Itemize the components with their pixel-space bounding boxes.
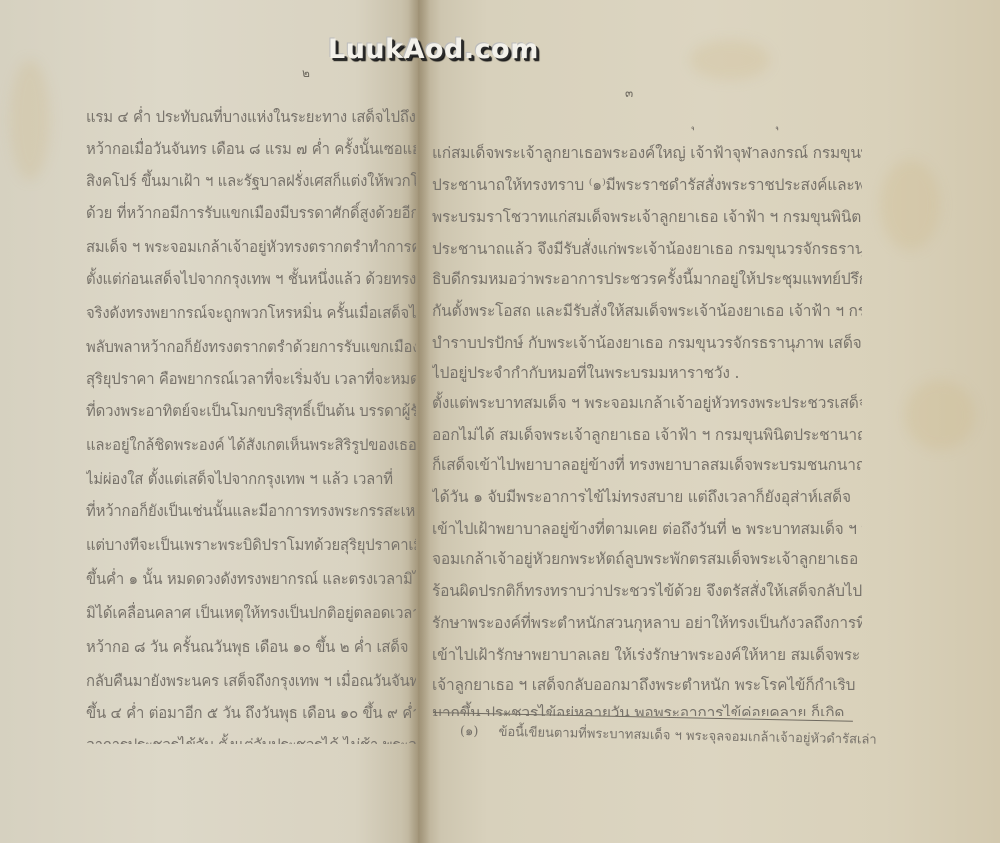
paper-stain: [905, 380, 975, 450]
paper-stain: [880, 160, 940, 250]
text-line: ประชานาถแล้ว จึงมีรับสั่งแก่พระเจ้าน้องย…: [432, 236, 862, 261]
text-line: กลับคืนมายังพระนคร เสด็จถึงกรุงเทพ ฯ เมื…: [86, 668, 416, 693]
text-line: หว้ากอ ๘ วัน ครั้นณวันพุธ เดือน ๑๐ ขึ้น …: [86, 634, 408, 659]
text-line: ตั้งแต่ก่อนเสด็จไปจากกรุงเทพ ฯ ชั้นหนึ่ง…: [86, 266, 416, 291]
text-line: ด้วย ที่หว้ากอมีการรับแขกเมืองมีบรรดาศัก…: [86, 200, 416, 225]
footnote-marker: (๑): [460, 724, 479, 739]
paper-stain: [10, 60, 50, 180]
watermark-logo: LuukAod.com: [328, 34, 539, 65]
text-line: แรม ๔ ค่ำ ประทับณที่บางแห่งในระยะทาง เสด…: [86, 104, 416, 129]
paper-stain: [690, 40, 770, 80]
text-line: ได้วัน ๑ จับมีพระอาการไข้ไม่ทรงสบาย แต่ถ…: [432, 484, 851, 509]
text-line: ประชานาถให้ทรงทราบ ⁽๑⁾มีพระราชดำรัสสั่งพ…: [432, 172, 862, 197]
text-line: อาการประชวรไข้จับ ตั้งแต่จับประชวรได้ ไม…: [86, 732, 416, 744]
text-line: จริงดังทรงพยากรณ์จะถูกพวกโหรหมิ่น ครั้นเ…: [86, 300, 416, 325]
text-line: พระบรมราโชวาทแก่สมเด็จพระเจ้าลูกยาเธอ เจ…: [432, 204, 861, 229]
text-line: พระอาการว่าประชวรครั้งนั้นเห็นจะเป็นที่ส…: [432, 126, 862, 133]
text-line: บำราบปรปักษ์ กับพระเจ้าน้องยาเธอ กรมขุนว…: [432, 330, 862, 355]
left-page-text: แรม ๔ ค่ำ ประทับณที่บางแห่งในระยะทาง เสด…: [86, 104, 416, 744]
text-line: จอมเกล้าเจ้าอยู่หัวยกพระหัตถ์ลูบพระพักตร…: [432, 546, 862, 571]
text-line: ที่หว้ากอก็ยังเป็นเช่นนั้นและมีอาการทรงพ…: [86, 498, 416, 523]
text-line: ที่ดวงพระอาทิตย์จะเป็นโมกขบริสุทธิ์เป็นต…: [86, 398, 416, 423]
text-line: ขึ้นค่ำ ๑ นั้น หมดดวงดังทรงพยากรณ์ และตร…: [86, 566, 416, 591]
text-line: และอยู่ใกล้ชิดพระองค์ ได้สังเกตเห็นพระสิ…: [86, 432, 416, 457]
text-line: เข้าไปเฝ้ารักษาพยาบาลเลย ให้เร่งรักษาพระ…: [432, 642, 860, 667]
text-line: ไม่ผ่องใส ตั้งแต่เสด็จไปจากกรุงเทพ ฯ แล้…: [86, 466, 393, 491]
text-line: รักษาพระองค์ที่พระตำหนักสวนกุหลาบ อย่าให…: [432, 610, 862, 635]
text-line: ออกไม่ได้ สมเด็จพระเจ้าลูกยาเธอ เจ้าฟ้า …: [432, 422, 862, 447]
text-line: ธิบดีกรมหมอว่าพระอาการประชวรครั้งนี้มากอ…: [432, 266, 862, 291]
text-line: ไปอยู่ประจำกำกับหมอที่ในพระบรมมหาราชวัง …: [432, 360, 739, 385]
open-book-spread: ๒ ๓ แรม ๔ ค่ำ ประทับณที่บางแห่งในระยะทาง…: [0, 0, 1000, 843]
text-line: ร้อนผิดปรกติก็ทรงทราบว่าประชวรไข้ด้วย จึ…: [432, 578, 862, 603]
text-line: เข้าไปเฝ้าพยาบาลอยู่ข้างที่ตามเคย ต่อถึง…: [432, 516, 862, 541]
left-page-number: ๒: [302, 64, 310, 83]
text-line: แก่สมเด็จพระเจ้าลูกยาเธอพระองค์ใหญ่ เจ้า…: [432, 140, 862, 165]
text-line: ขึ้น ๔ ค่ำ ต่อมาอีก ๕ วัน ถึงวันพุธ เดือ…: [86, 700, 416, 725]
right-page-text: พระอาการว่าประชวรครั้งนั้นเห็นจะเป็นที่ส…: [432, 126, 862, 716]
text-line: สุริยุปราคา คือพยากรณ์เวลาที่จะเริ่มจับ …: [86, 366, 416, 391]
text-line: หว้ากอเมื่อวันจันทร เดือน ๘ แรม ๗ ค่ำ คร…: [86, 136, 416, 161]
text-line: กันตั้งพระโอสถ และมีรับสั่งให้สมเด็จพระเ…: [432, 298, 862, 323]
text-line: สิงคโปร์ ขึ้นมาเฝ้า ฯ และรัฐบาลฝรั่งเศสก…: [86, 168, 416, 193]
text-line: พลับพลาหว้ากอก็ยังทรงตรากตรำด้วยการรับแข…: [86, 334, 416, 359]
text-line: ก็เสด็จเข้าไปพยาบาลอยู่ข้างที่ ทรงพยาบาล…: [432, 452, 862, 477]
text-line: เจ้าลูกยาเธอ ฯ เสด็จกลับออกมาถึงพระตำหนั…: [432, 672, 855, 697]
text-line: สมเด็จ ฯ พระจอมเกล้าเจ้าอยู่หัวทรงตรากตร…: [86, 234, 416, 259]
text-line: แต่บางทีจะเป็นเพราะพระบิดิปราโมทด้วยสุริ…: [86, 532, 416, 557]
right-page-number: ๓: [625, 84, 633, 103]
text-line: ตั้งแต่พระบาทสมเด็จ ฯ พระจอมเกล้าเจ้าอยู…: [432, 390, 862, 415]
text-line: มิได้เคลื่อนคลาศ เป็นเหตุให้ทรงเป็นปกติอ…: [86, 600, 416, 625]
